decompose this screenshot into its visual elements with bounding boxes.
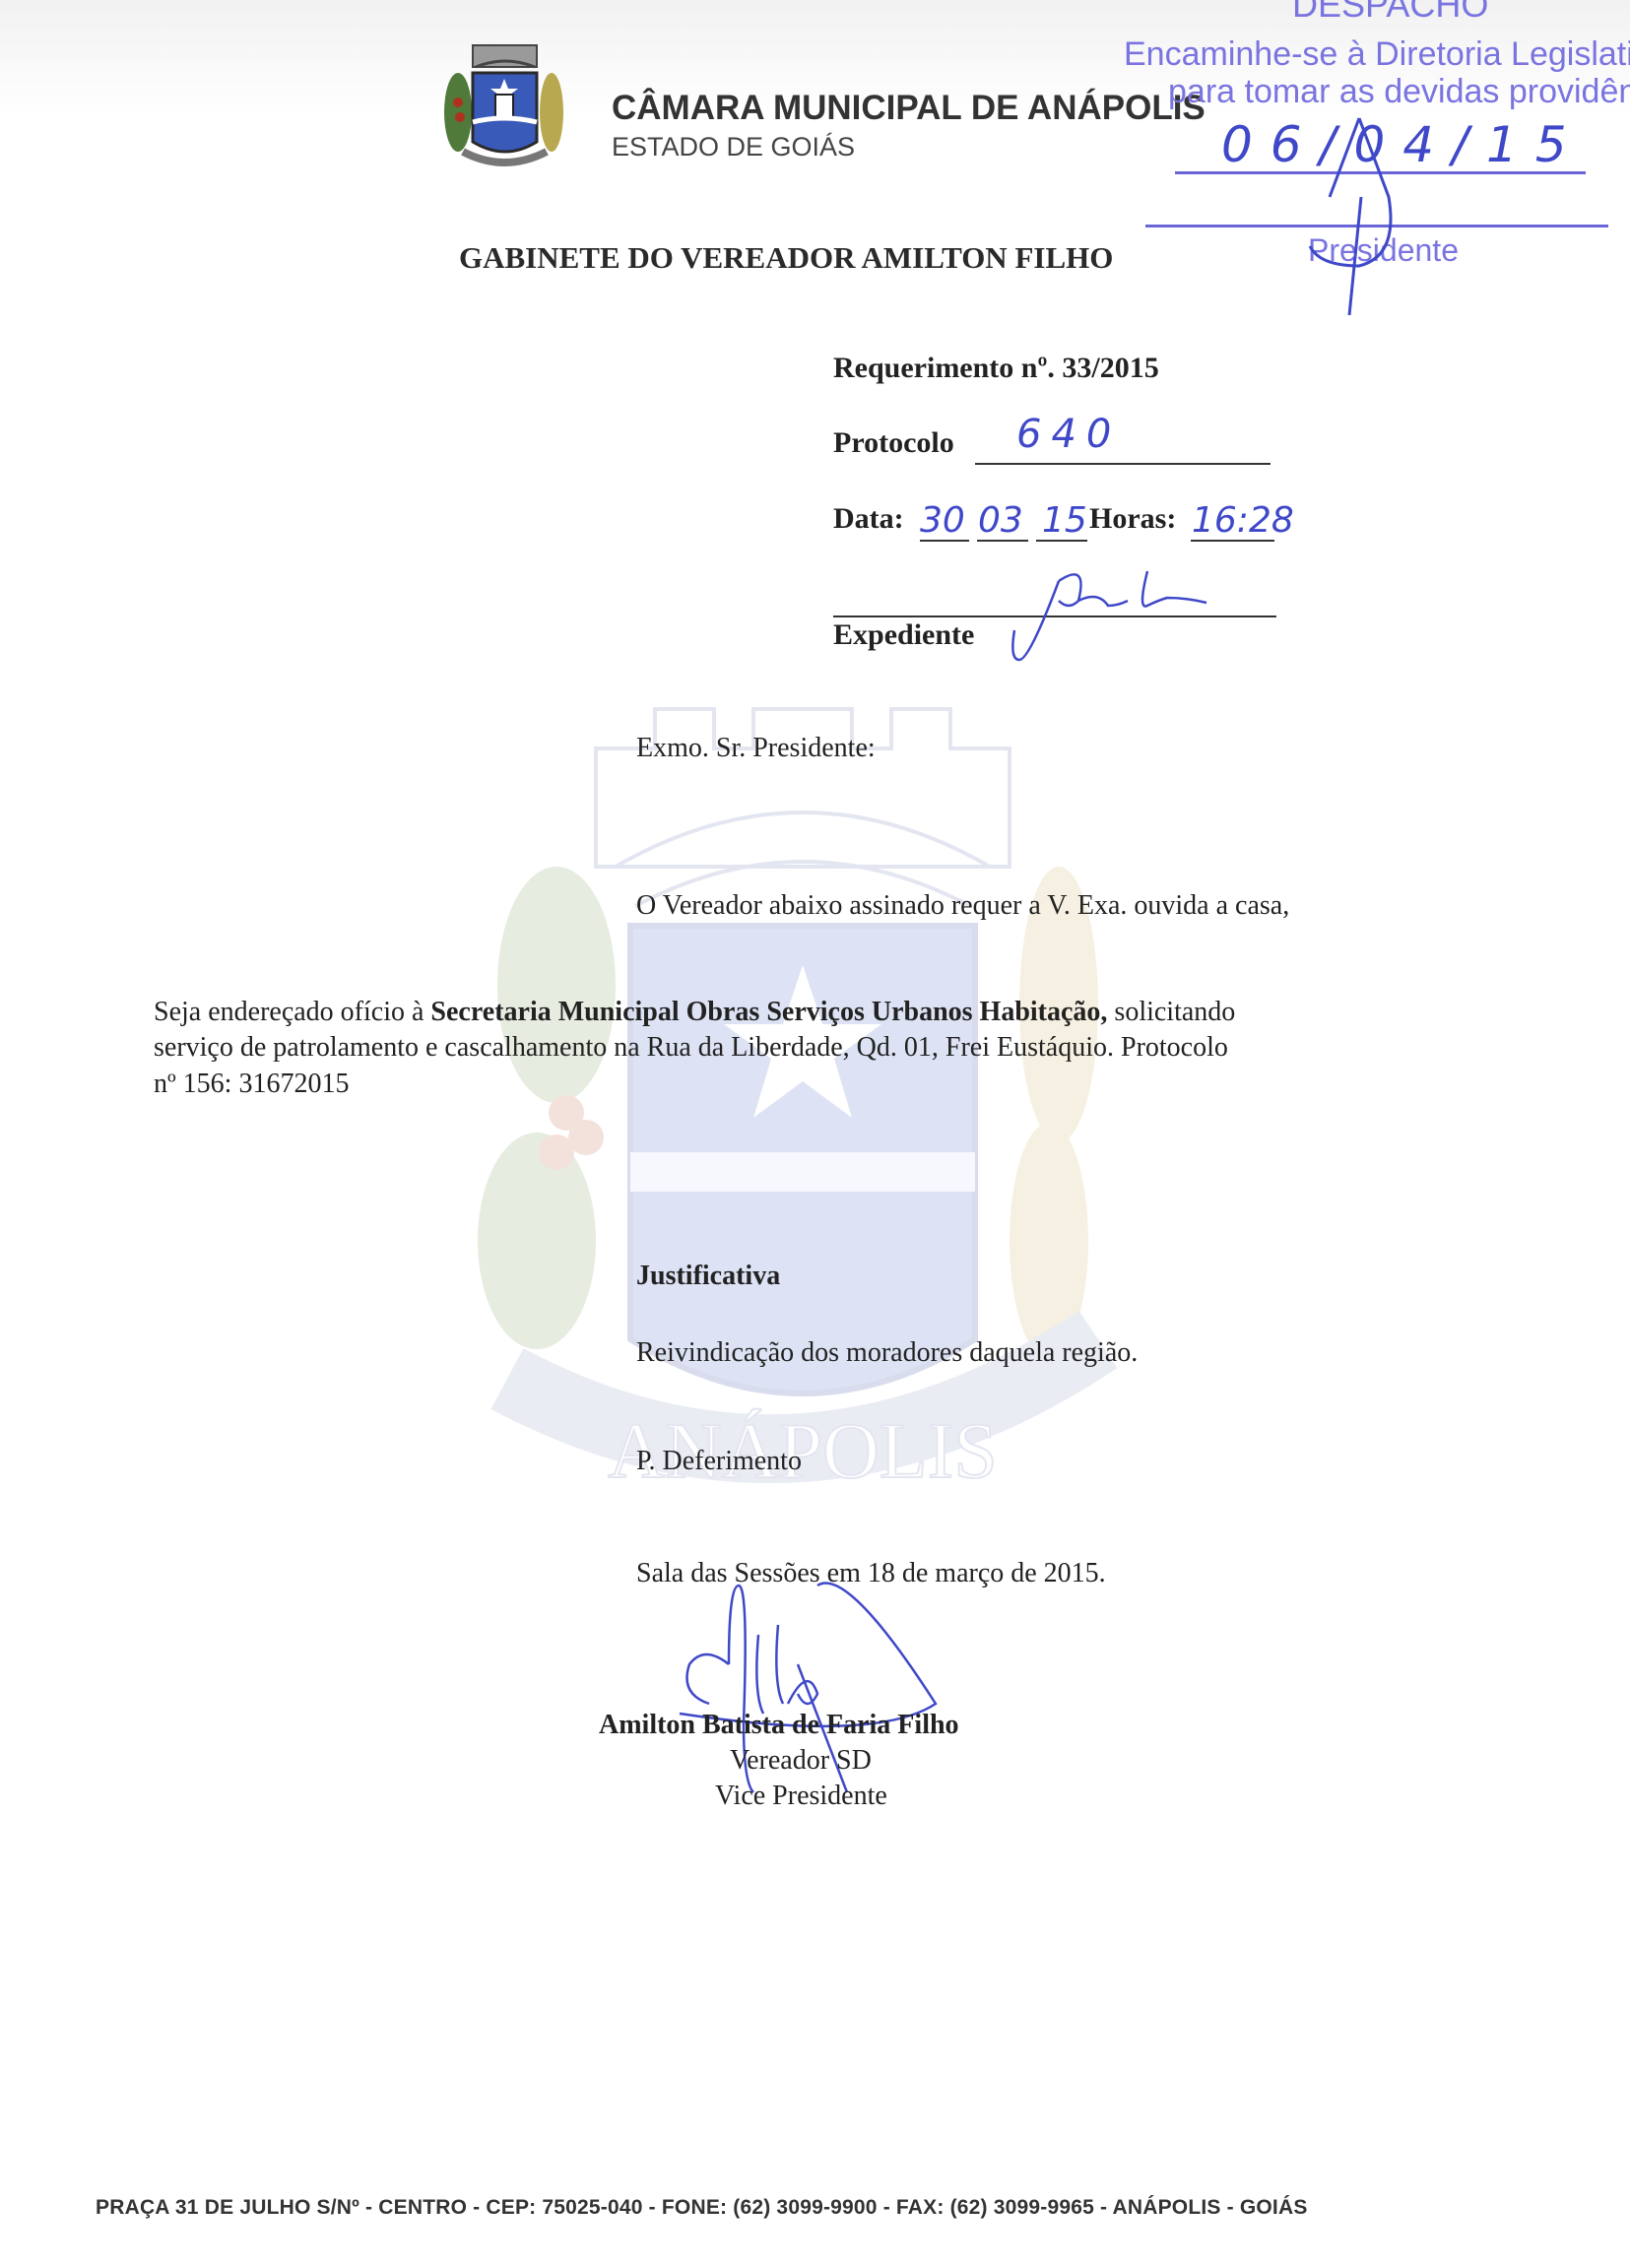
coat-of-arms-logo-icon bbox=[438, 43, 571, 176]
protocolo-value[interactable]: 640 bbox=[1016, 412, 1121, 457]
signer-role: Vereador SD bbox=[730, 1745, 872, 1777]
request-suffix: solicitando bbox=[1107, 997, 1235, 1027]
salutation: Exmo. Sr. Presidente: bbox=[636, 733, 876, 764]
request-paragraph-line2: serviço de patrolamento e cascalhamento … bbox=[154, 1032, 1228, 1064]
footer-address: PRAÇA 31 DE JULHO S/Nº - CENTRO - CEP: 7… bbox=[96, 2196, 1308, 2220]
office-title: GABINETE DO VEREADOR AMILTON FILHO bbox=[459, 240, 1113, 276]
expediente-label: Expediente bbox=[833, 618, 974, 652]
horas-label: Horas: bbox=[1089, 502, 1176, 536]
data-year[interactable]: 15 bbox=[1042, 500, 1087, 541]
request-prefix: Seja endereçado ofício à bbox=[154, 997, 430, 1027]
request-paragraph-line1: Seja endereçado ofício à Secretaria Muni… bbox=[154, 997, 1235, 1028]
institution-name: CÂMARA MUNICIPAL DE ANÁPOLIS bbox=[612, 89, 1206, 128]
request-paragraph-line3: nº 156: 31672015 bbox=[154, 1069, 349, 1100]
signer-name: Amilton Batista de Faria Filho bbox=[599, 1710, 959, 1741]
protocolo-line bbox=[975, 463, 1271, 465]
signer-title: Vice Presidente bbox=[715, 1781, 887, 1812]
data-label: Data: bbox=[833, 502, 904, 536]
justification-text: Reivindicação dos moradores daquela regi… bbox=[636, 1337, 1138, 1369]
protocolo-label: Protocolo bbox=[833, 426, 954, 460]
justification-heading: Justificativa bbox=[636, 1261, 780, 1292]
request-recipient: Secretaria Municipal Obras Serviços Urba… bbox=[430, 997, 1107, 1027]
data-day[interactable]: 30 bbox=[920, 500, 965, 541]
watermark-coat-of-arms-icon: ANÁPOLIS bbox=[448, 689, 1157, 1595]
stamp-line1: Encaminhe-se à Diretoria Legislativ bbox=[1124, 35, 1630, 74]
stamp-title: DESPACHO bbox=[1292, 0, 1488, 26]
president-signature-icon bbox=[1290, 108, 1428, 325]
expediente-signature-icon bbox=[1010, 561, 1246, 670]
intro-paragraph: O Vereador abaixo assinado requer a V. E… bbox=[636, 890, 1289, 922]
stamp-line2: para tomar as devidas providência bbox=[1168, 73, 1630, 111]
horas-value[interactable]: 16:28 bbox=[1192, 500, 1294, 541]
closing-text: P. Deferimento bbox=[636, 1446, 802, 1477]
requerimento-number: Requerimento nº. 33/2015 bbox=[833, 352, 1159, 385]
data-month[interactable]: 03 bbox=[978, 500, 1023, 541]
state-name: ESTADO DE GOIÁS bbox=[612, 132, 855, 162]
